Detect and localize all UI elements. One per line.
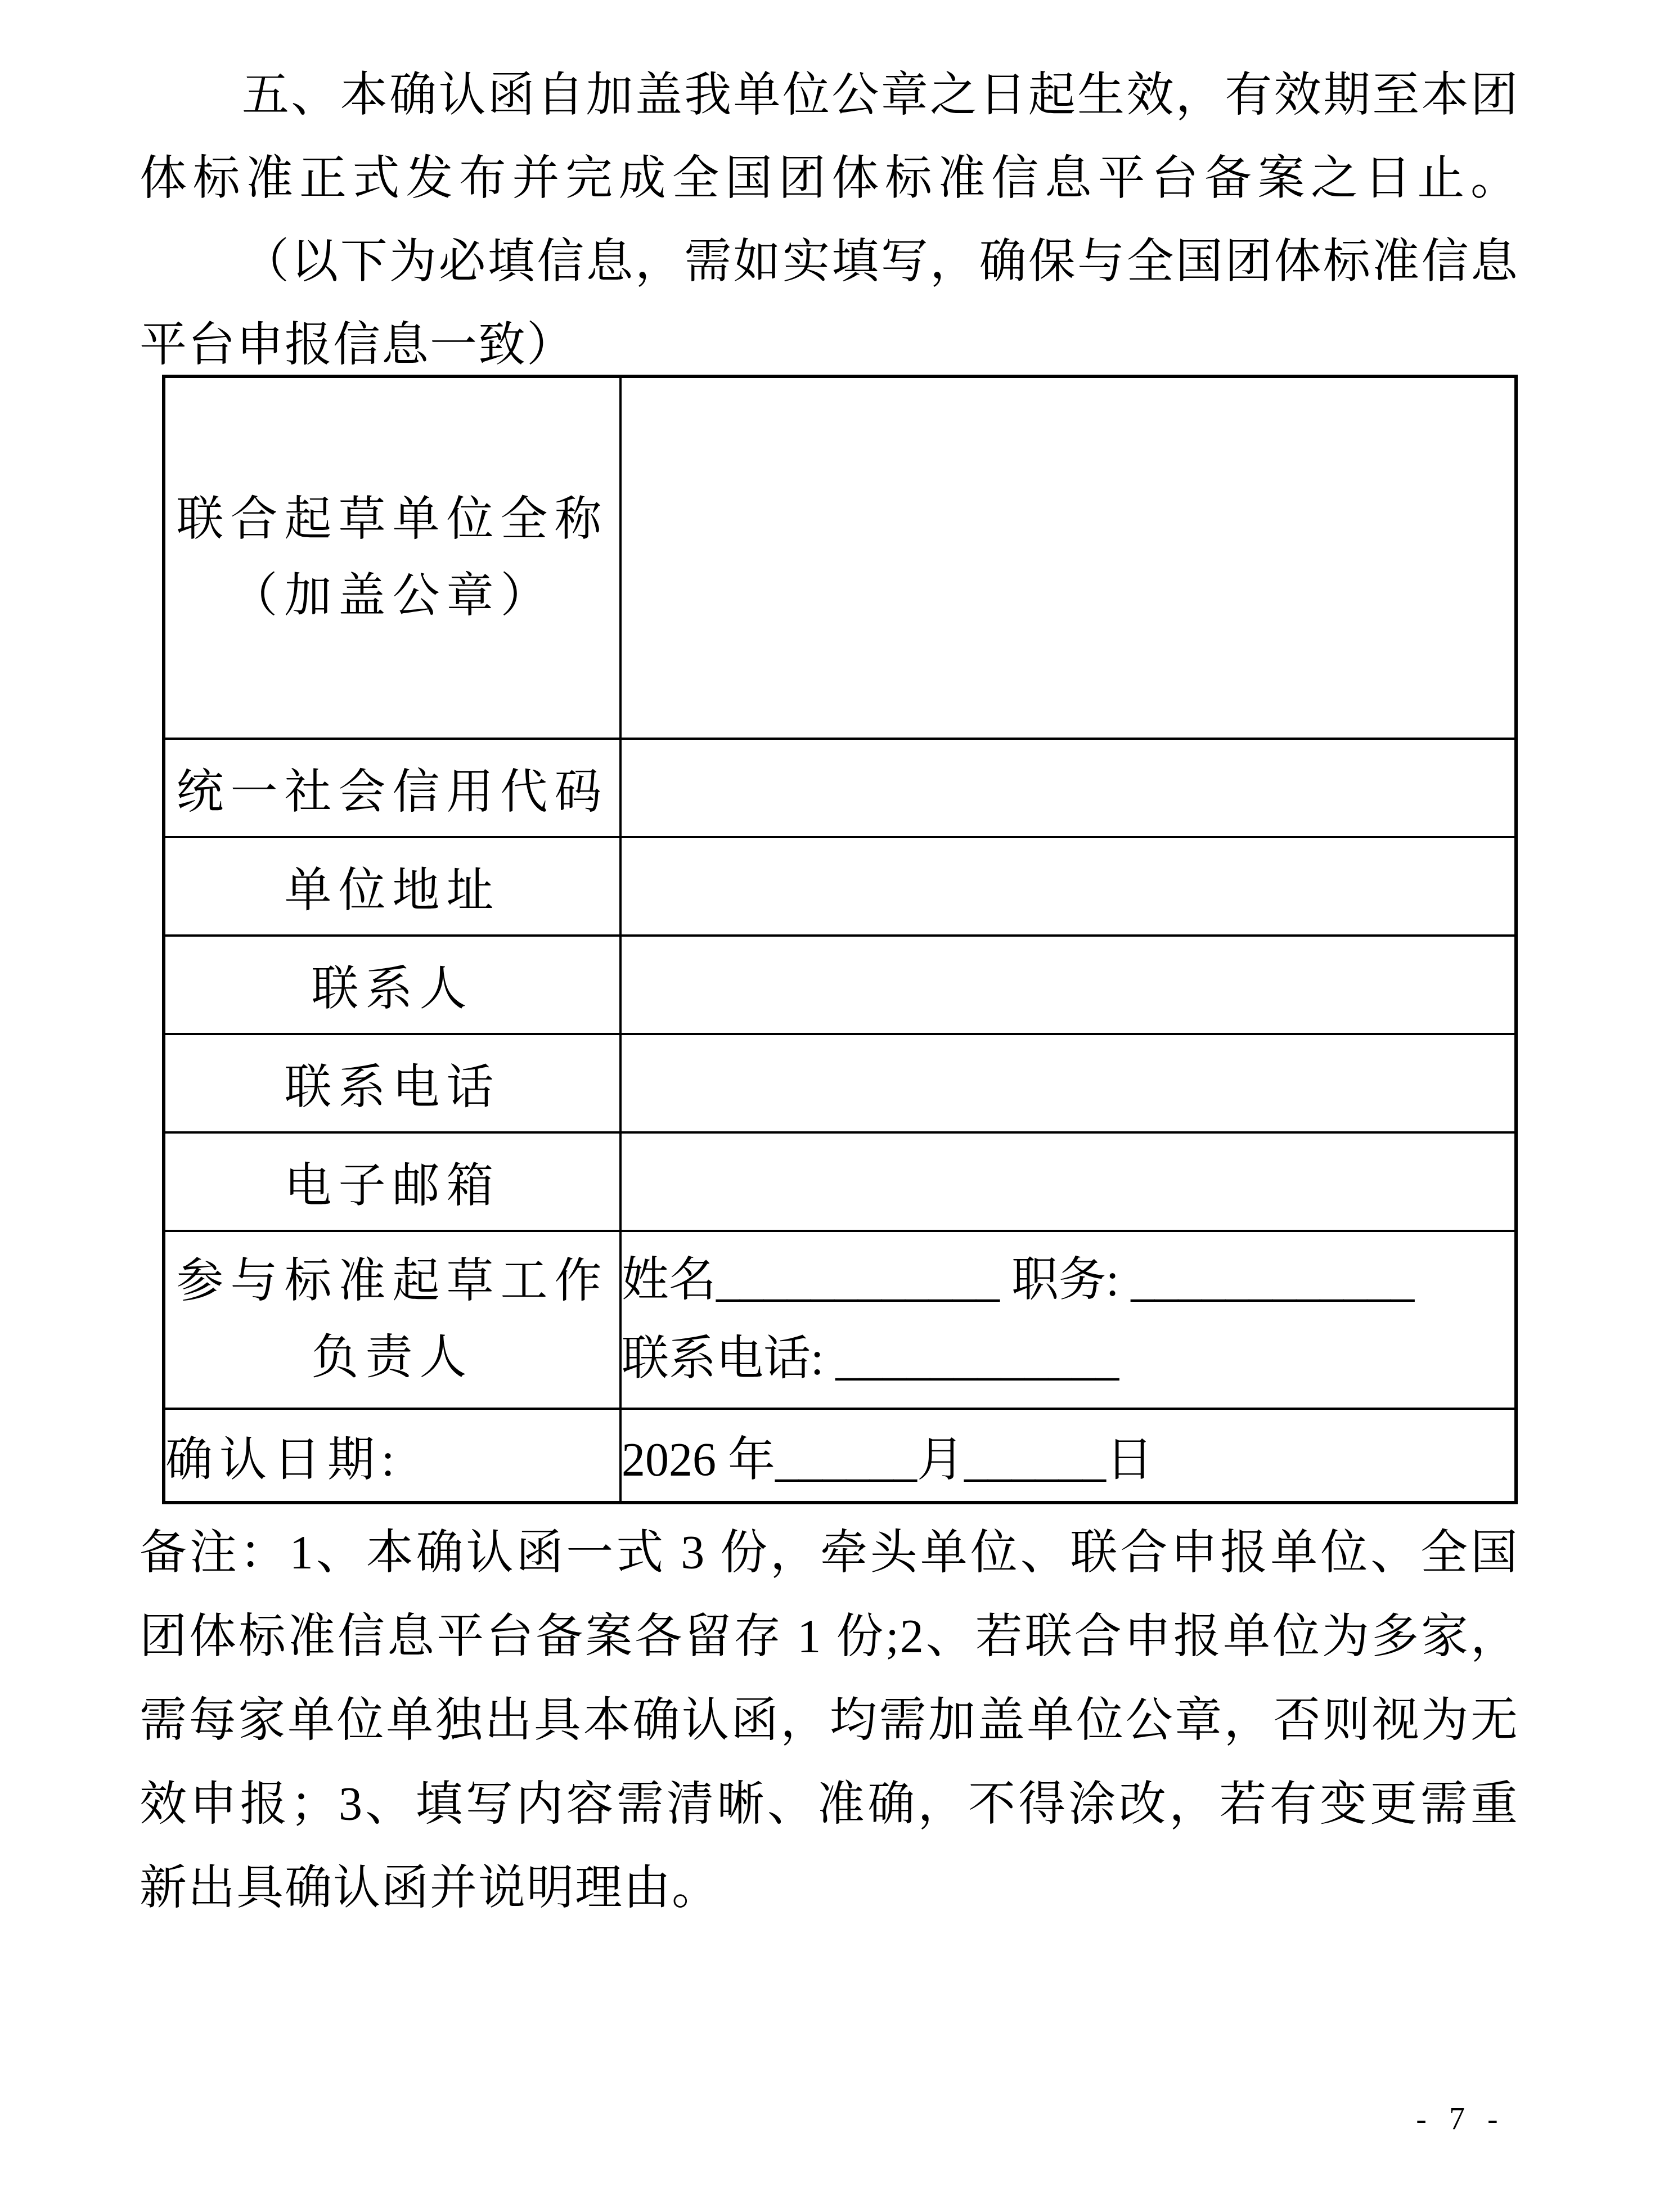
value-cell-contact-phone bbox=[620, 1034, 1516, 1132]
value-cell-credit-code bbox=[620, 739, 1516, 837]
table-row: 电子邮箱 bbox=[164, 1132, 1516, 1231]
remarks-line: 备注：1、本确认函一式 3 份，牵头单位、联合申报单位、全国 bbox=[140, 1511, 1519, 1595]
table-row: 参与标准起草工作 负责人 姓名____________ 职务: ________… bbox=[164, 1231, 1516, 1409]
phone-blank-line: 联系电话: ____________ bbox=[622, 1320, 1514, 1399]
table-row: 联系人 bbox=[164, 936, 1516, 1034]
info-form-table: 联合起草单位全称 （加盖公章） 统一社会信用代码 单位地址 联系人 联系电话 bbox=[162, 375, 1518, 1504]
value-cell-contact-person bbox=[620, 936, 1516, 1034]
document-page: 五、本确认函自加盖我单位公章之日起生效，有效期至本团 体标准正式发布并完成全国团… bbox=[0, 0, 1664, 2212]
table-row: 单位地址 bbox=[164, 837, 1516, 936]
table-label: 负责人 bbox=[165, 1320, 619, 1396]
table-row: 联系电话 bbox=[164, 1034, 1516, 1132]
value-cell-drafting-lead: 姓名____________ 职务: ____________ 联系电话: __… bbox=[620, 1231, 1516, 1409]
name-title-blank-line: 姓名____________ 职务: ____________ bbox=[622, 1241, 1514, 1320]
paragraph-line: 体标准正式发布并完成全国团体标准信息平台备案之日止。 bbox=[140, 137, 1519, 221]
label-cell-drafting-lead: 参与标准起草工作 负责人 bbox=[164, 1231, 620, 1409]
remarks-paragraph: 备注：1、本确认函一式 3 份，牵头单位、联合申报单位、全国 团体标准信息平台备… bbox=[140, 1511, 1519, 1930]
remarks-line: 团体标准信息平台备案各留存 1 份;2、若联合申报单位为多家， bbox=[140, 1595, 1519, 1679]
table-row: 确认日期: 2026 年______月______日 bbox=[164, 1409, 1516, 1503]
remarks-line: 需每家单位单独出具本确认函，均需加盖单位公章，否则视为无 bbox=[140, 1679, 1519, 1763]
table-row: 统一社会信用代码 bbox=[164, 739, 1516, 837]
remarks-line: 新出具确认函并说明理由。 bbox=[140, 1846, 1519, 1930]
label-cell-contact-person: 联系人 bbox=[164, 936, 620, 1034]
value-cell-email bbox=[620, 1132, 1516, 1231]
paragraph-line: 五、本确认函自加盖我单位公章之日起生效，有效期至本团 bbox=[140, 54, 1519, 137]
label-cell-confirm-date: 确认日期: bbox=[164, 1409, 620, 1503]
table-label: （加盖公章） bbox=[165, 558, 619, 635]
table-row: 联合起草单位全称 （加盖公章） bbox=[164, 376, 1516, 739]
label-cell-credit-code: 统一社会信用代码 bbox=[164, 739, 620, 837]
value-cell-joint-drafting-unit bbox=[620, 376, 1516, 739]
page-number: - 7 - bbox=[1311, 2099, 1603, 2139]
label-cell-unit-address: 单位地址 bbox=[164, 837, 620, 936]
label-cell-email: 电子邮箱 bbox=[164, 1132, 620, 1231]
label-cell-contact-phone: 联系电话 bbox=[164, 1034, 620, 1132]
remarks-line: 效申报；3、填写内容需清晰、准确，不得涂改，若有变更需重 bbox=[140, 1763, 1519, 1846]
value-cell-confirm-date: 2026 年______月______日 bbox=[620, 1409, 1516, 1503]
paragraph-line: （以下为必填信息，需如实填写，确保与全国团体标准信息 bbox=[140, 221, 1519, 304]
value-cell-unit-address bbox=[620, 837, 1516, 936]
table-label: 联合起草单位全称 bbox=[165, 482, 619, 558]
label-cell-joint-drafting-unit: 联合起草单位全称 （加盖公章） bbox=[164, 376, 620, 739]
table-label: 参与标准起草工作 bbox=[165, 1243, 619, 1320]
required-info-paragraph: （以下为必填信息，需如实填写，确保与全国团体标准信息 平台申报信息一致） bbox=[140, 221, 1519, 387]
clause-five-paragraph: 五、本确认函自加盖我单位公章之日起生效，有效期至本团 体标准正式发布并完成全国团… bbox=[140, 54, 1519, 221]
